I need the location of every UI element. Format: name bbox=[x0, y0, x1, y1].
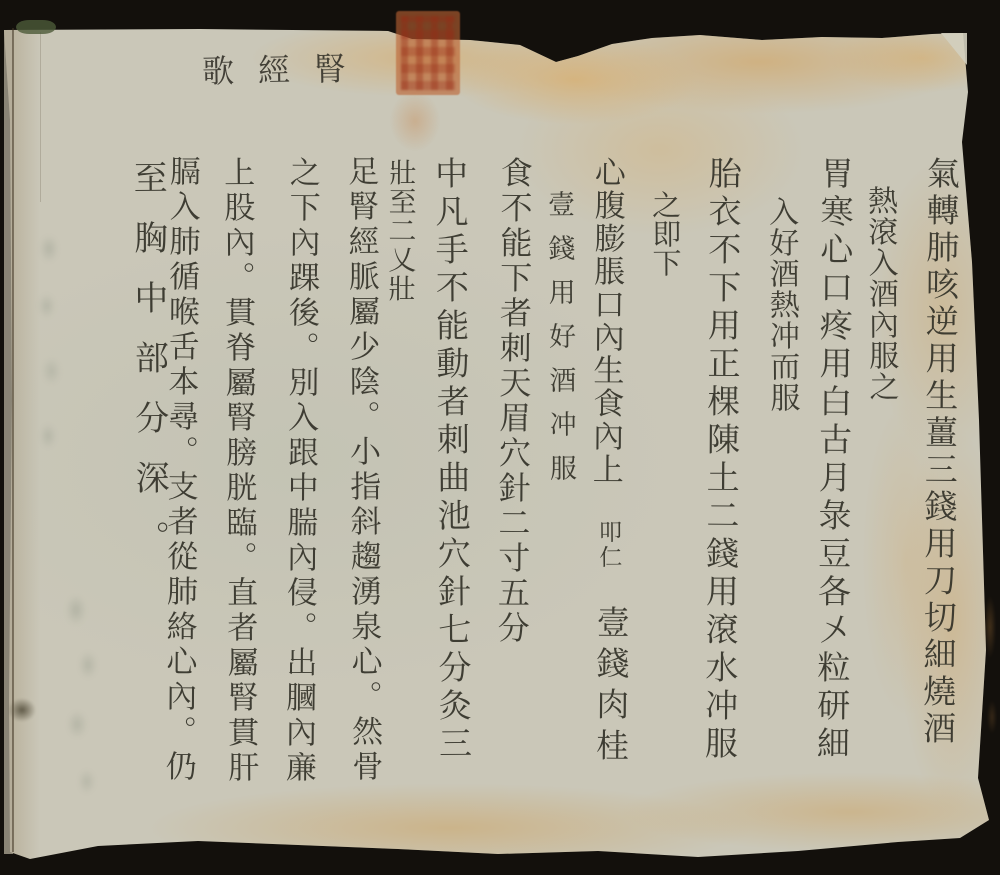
text-column-6: 之即下 bbox=[645, 190, 687, 277]
text-column-7-note-small: 叩仁 bbox=[592, 520, 625, 570]
edge-stain-fleck bbox=[984, 595, 996, 659]
text-column-8-note-small: 壹錢用好酒冲服 bbox=[539, 190, 580, 498]
text-column-7: 心腹膨脹口內生食內上 bbox=[583, 156, 630, 486]
binding-crease-line bbox=[12, 28, 14, 852]
text-column-13: 之下內踝後。別入跟中腨內侵。出膕內亷 bbox=[276, 156, 325, 786]
text-column-2: 熱滾入酒內服之 bbox=[857, 185, 903, 402]
text-column-5: 胎衣不下用正棵陳土二錢用滾水冲服 bbox=[696, 156, 747, 764]
bleedthrough-ghost-text-lower bbox=[52, 588, 112, 808]
manuscript-scan: 歌經腎 氣轉肺咳逆用生薑三錢用刀切細燒酒 熱滾入酒內服之 胃寒心口疼用白古月彔豆… bbox=[0, 0, 1000, 875]
paper-fold-line bbox=[40, 32, 41, 202]
text-column-3: 胃寒心口疼用白古月彔豆各〤粒研細 bbox=[808, 156, 859, 764]
text-column-10: 中凡手不能動者刺曲池穴針七分灸三 bbox=[426, 156, 477, 764]
text-column-7-continued: 壹錢肉桂 bbox=[587, 605, 635, 769]
edge-stain-fleck-2 bbox=[987, 700, 997, 734]
page-title: 歌經腎 bbox=[202, 44, 371, 93]
bleedthrough-ghost-text-upper bbox=[26, 228, 72, 488]
ink-smudge bbox=[8, 698, 36, 722]
text-column-16: 至胸中部分深。 bbox=[123, 160, 175, 580]
text-column-4: 入好酒熱冲而服 bbox=[758, 196, 804, 413]
text-column-14: 上股內。貫脊屬腎膀胱臨。直者屬腎貫肝 bbox=[214, 156, 263, 786]
text-column-1: 氣轉肺咳逆用生薑三錢用刀切細燒酒 bbox=[914, 156, 965, 748]
text-column-11: 壯至二乂壯 bbox=[380, 158, 421, 303]
adjacent-page-edge bbox=[16, 20, 56, 34]
red-seal-stamp bbox=[396, 11, 460, 95]
text-column-9: 食不能下者刺天眉穴針二寸五分 bbox=[489, 156, 538, 646]
text-column-12: 足腎經脈屬少陰。小指斜趨湧泉心。然骨 bbox=[338, 155, 387, 785]
